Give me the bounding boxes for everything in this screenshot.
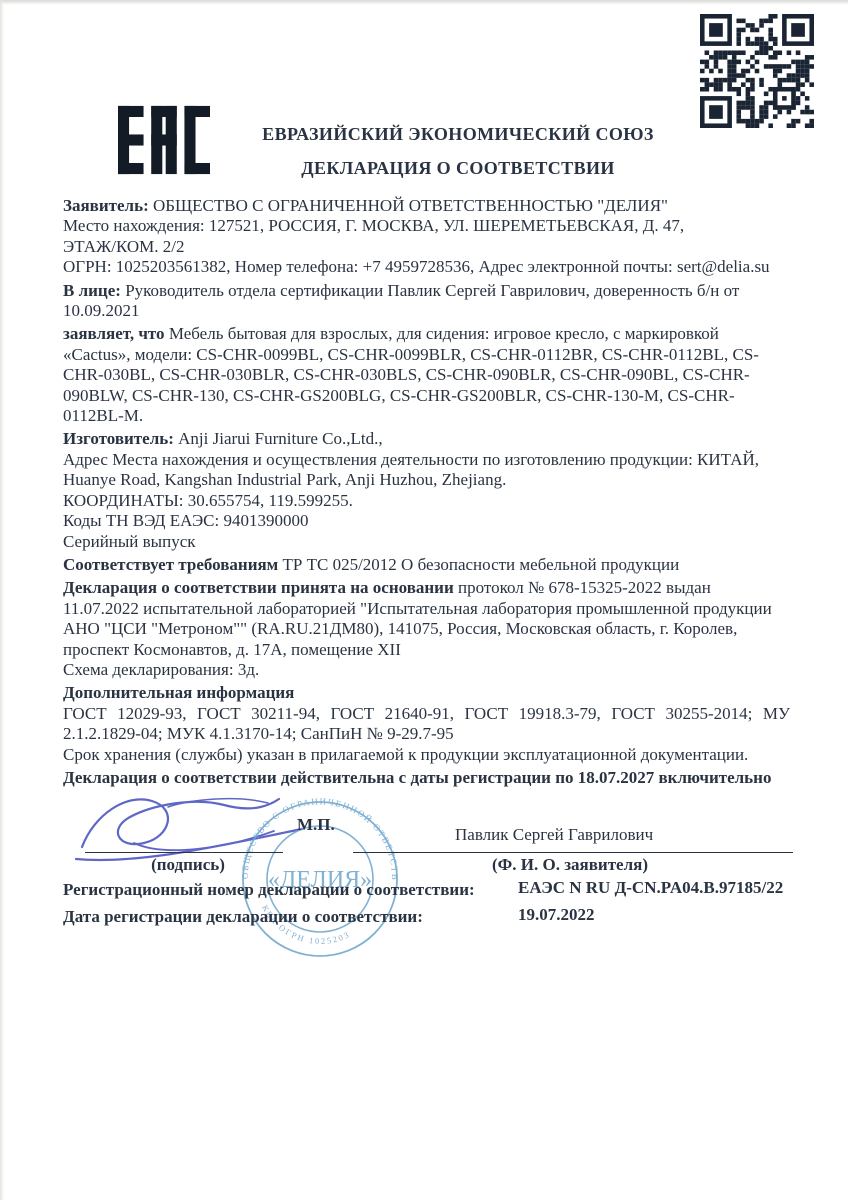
paragraph: ЭТАЖ/КОМ. 2/2 [63,237,790,257]
paragraph: заявляет, что Мебель бытовая для взрослы… [63,324,790,426]
declaration-document-page: ЕВРАЗИЙСКИЙ ЭКОНОМИЧЕСКИЙ СОЮЗ ДЕКЛАРАЦИ… [0,0,848,1200]
paragraph: Заявитель: ОБЩЕСТВО С ОГРАНИЧЕННОЙ ОТВЕТ… [63,196,790,216]
paragraph: Место нахождения: 127521, РОССИЯ, Г. МОС… [63,216,790,236]
qr-code-icon [700,14,814,128]
paragraph: Срок хранения (службы) указан в прилагае… [63,745,790,765]
fio-line [353,852,793,853]
title-union: ЕВРАЗИЙСКИЙ ЭКОНОМИЧЕСКИЙ СОЮЗ [120,124,796,145]
registration-number-label: Регистрационный номер декларации о соотв… [63,880,475,900]
registration-number-value: ЕАЭС N RU Д-CN.PA04.B.97185/22 [518,878,783,898]
document-body: Заявитель: ОБЩЕСТВО С ОГРАНИЧЕННОЙ ОТВЕТ… [63,193,790,788]
signature-line [85,852,283,853]
paragraph: Серийный выпуск [63,532,790,552]
paragraph: В лице: Руководитель отдела сертификации… [63,281,790,322]
paragraph: ОГРН: 1025203561382, Номер телефона: +7 … [63,257,790,277]
signature-caption: (подпись) [108,855,268,875]
paragraph: Адрес Места нахождения и осуществления д… [63,450,790,491]
registration-date-value: 19.07.2022 [518,905,595,925]
paragraph: КООРДИНАТЫ: 30.655754, 119.599255. [63,491,790,511]
paragraph: ГОСТ 12029-93, ГОСТ 30211-94, ГОСТ 21640… [63,704,790,745]
fio-caption: (Ф. И. О. заявителя) [460,855,680,875]
paragraph: Декларация о соответствии принята на осн… [63,578,790,660]
signature-section: ОБЩЕСТВО С ОГРАНИЧЕННОЙ ОТВЕТСТВЕННОСТЬЮ… [0,785,848,945]
registration-date-label: Дата регистрации декларации о соответств… [63,907,423,927]
title-declaration: ДЕКЛАРАЦИЯ О СООТВЕТСТВИИ [120,158,796,179]
paragraph: Изготовитель: Anji Jiarui Furniture Co.,… [63,429,790,449]
scan-edge-left [0,0,4,1200]
scan-edge-top [0,0,848,5]
paragraph: Дополнительная информация [63,683,790,703]
paragraph: Коды ТН ВЭД ЕАЭС: 9401390000 [63,511,790,531]
document-header: ЕВРАЗИЙСКИЙ ЭКОНОМИЧЕСКИЙ СОЮЗ ДЕКЛАРАЦИ… [120,124,796,179]
paragraph: Соответствует требованиям ТР ТС 025/2012… [63,555,790,575]
applicant-fio-name: Павлик Сергей Гаврилович [455,825,653,845]
paragraph: Схема декларирования: 3д. [63,660,790,680]
mp-label: М.П. [297,815,335,835]
